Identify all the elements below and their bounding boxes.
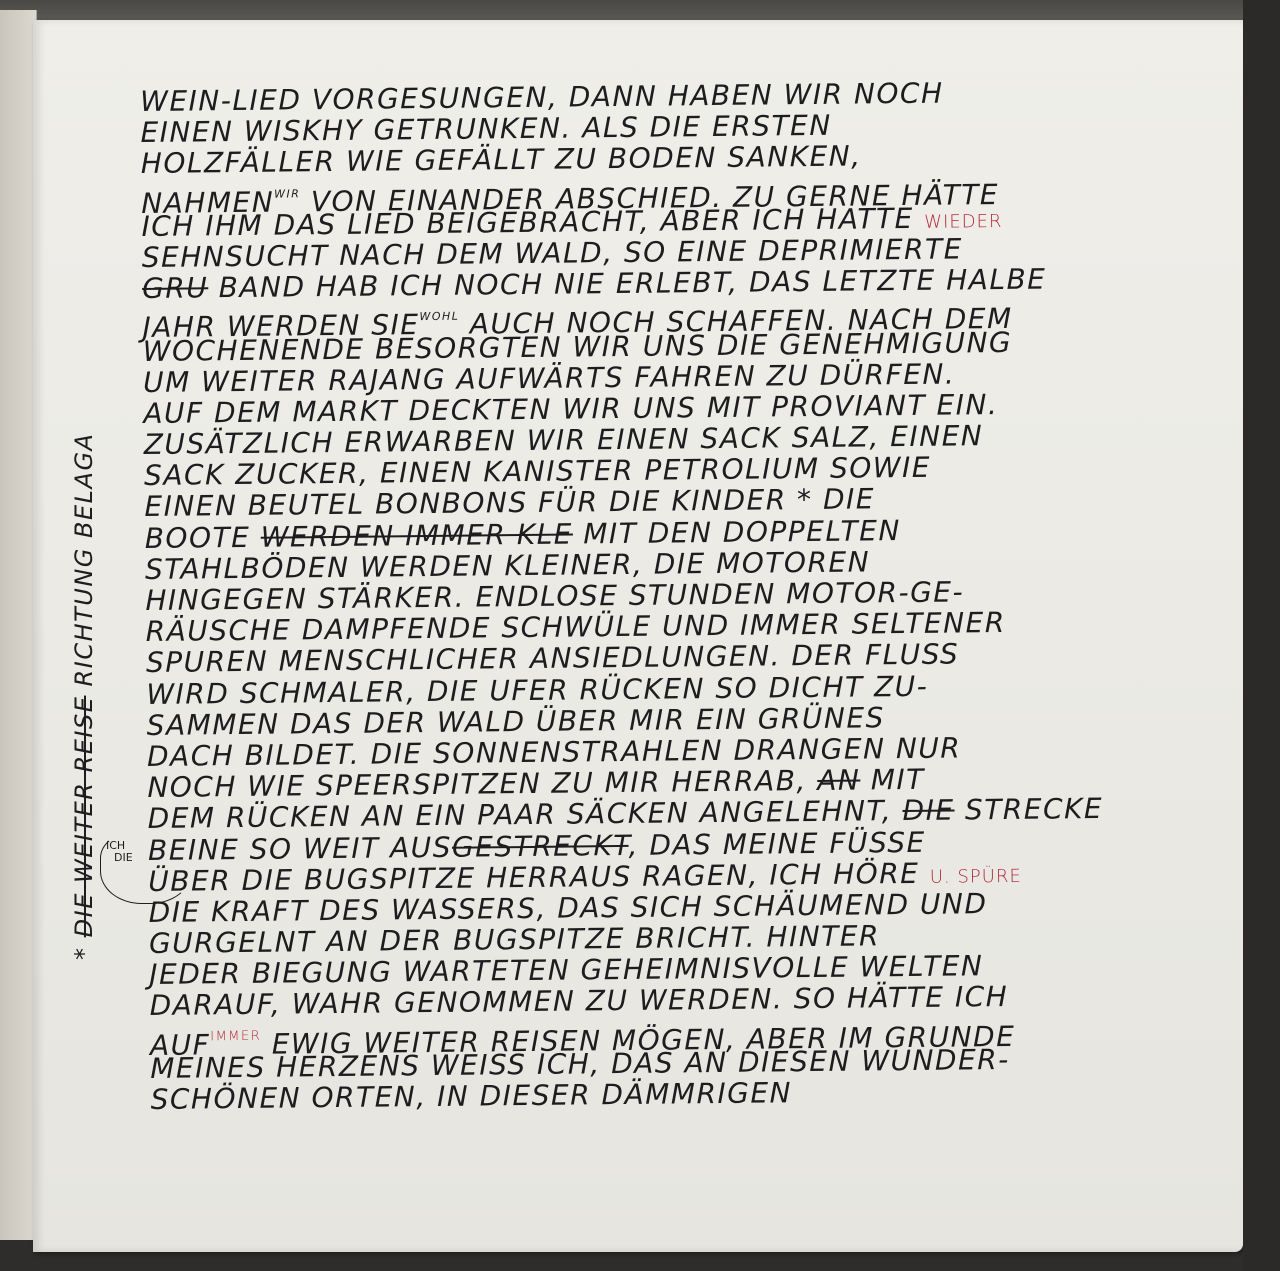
- struck-text: AN: [817, 764, 860, 797]
- struck-text: GESTRECKT: [452, 828, 629, 863]
- handwritten-text-block: WEIN-LIED VORGESUNGEN, DANN HABEN WIR NO…: [140, 75, 1231, 1115]
- line-text: SCHÖNEN ORTEN, IN DIESER DÄMMRIGEN: [150, 1076, 792, 1116]
- line-text: STRECKE: [954, 792, 1103, 827]
- margin-note: * DIE WEITER REISE RICHTUNG BELAGA: [70, 433, 98, 960]
- struck-text: GRU: [142, 271, 208, 305]
- struck-text: DIE WEITER REISE: [70, 696, 98, 938]
- red-correction: WIEDER: [924, 211, 1002, 233]
- insert-note: ICH DIE: [106, 840, 133, 864]
- insert-note-line: DIE: [106, 852, 133, 864]
- red-correction: IMMER: [210, 1028, 261, 1044]
- background-surface: [0, 0, 1280, 22]
- line-text: BOOTE: [145, 520, 261, 554]
- inserted-word: WOHL: [419, 310, 459, 323]
- inserted-word: WIR: [274, 187, 300, 200]
- line-text: MIT: [860, 763, 925, 797]
- previous-page-edge: [0, 10, 37, 1240]
- margin-note-text: RICHTUNG BELAGA: [70, 433, 98, 687]
- asterisk-marker: *: [70, 947, 98, 961]
- background-surface-right: [1243, 0, 1280, 1271]
- red-correction: U. SPÜRE: [930, 865, 1022, 887]
- struck-text: DIE: [902, 794, 954, 828]
